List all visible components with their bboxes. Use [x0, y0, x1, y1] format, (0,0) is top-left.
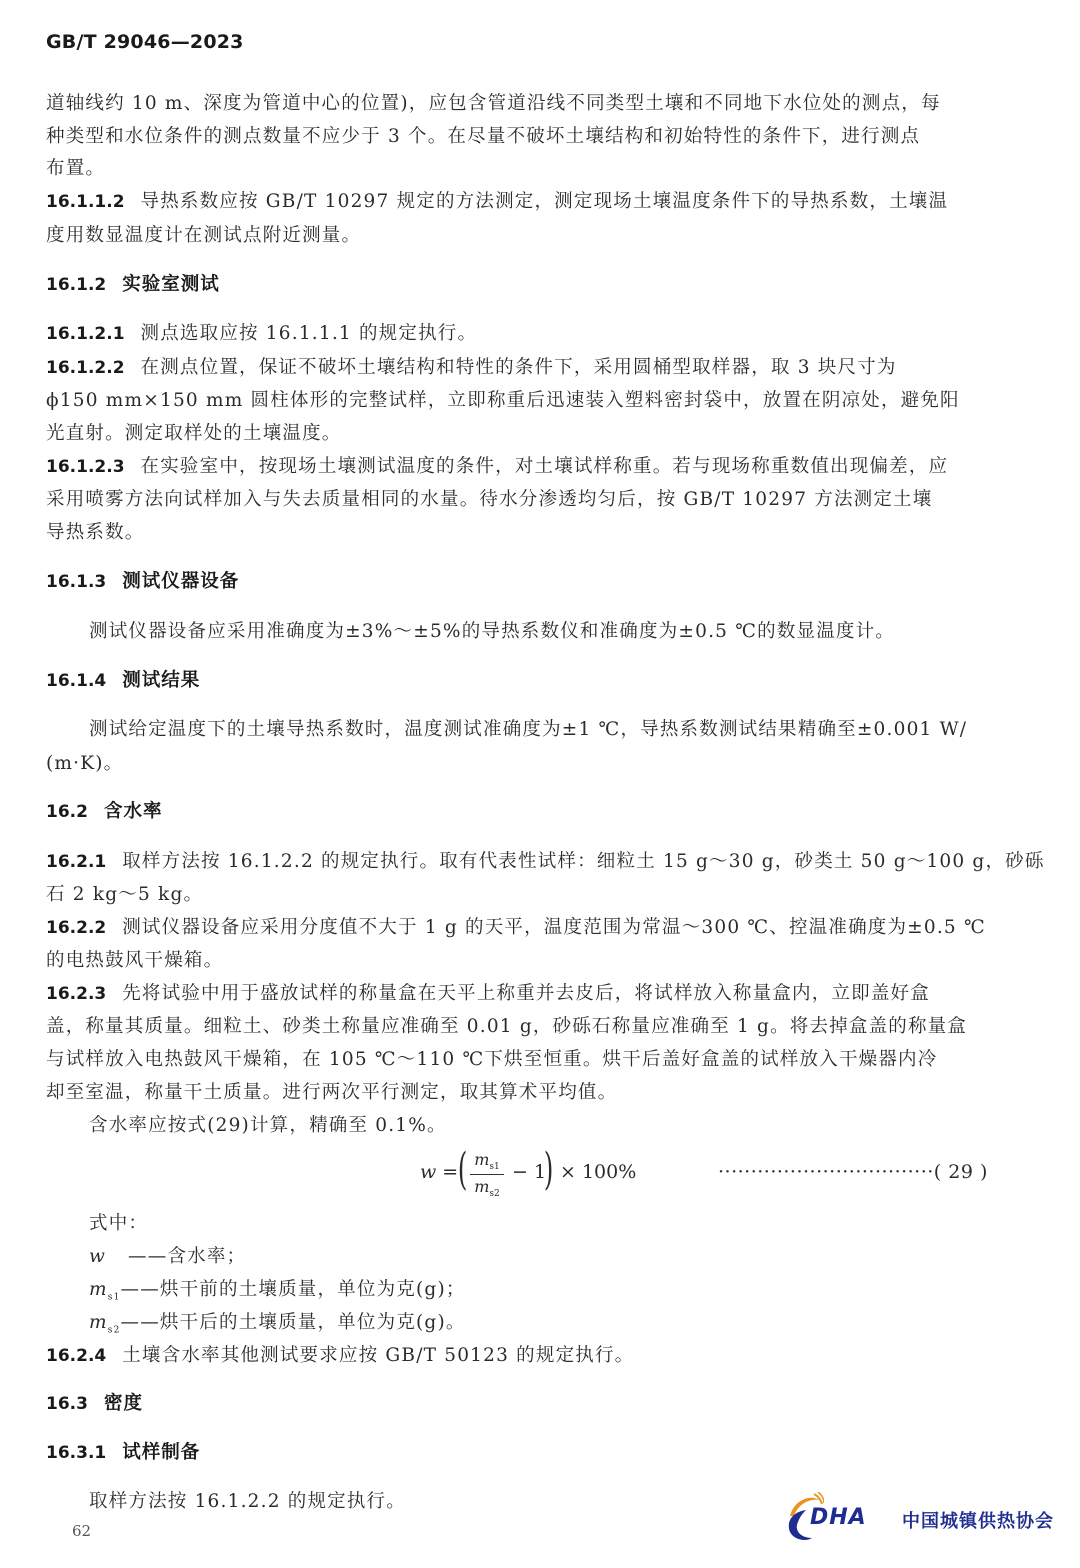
clause-number: 16.2.2 — [46, 918, 106, 938]
heading-number: 16.1.2 — [46, 275, 106, 295]
text-line: 的电热鼓风干燥箱。 — [46, 949, 1036, 973]
formula-lhs: w = — [420, 1161, 458, 1183]
heading-title: 测试结果 — [122, 670, 200, 691]
heading-number: 16.1.4 — [46, 671, 106, 691]
text-line: 采用喷雾方法向试样加入与失去质量相同的水量。待水分渗透均匀后，按 GB/T 10… — [46, 488, 1036, 512]
heading-title: 试样制备 — [122, 1442, 200, 1463]
left-paren: ( — [458, 1144, 467, 1195]
text-line: ϕ150 mm×150 mm 圆柱体形的完整试样，立即称重后迅速装入塑料密封袋中… — [46, 389, 1036, 413]
text-line: (m·K)。 — [46, 752, 1036, 776]
description: ——烘干前的土壤质量，单位为克(g)； — [121, 1279, 466, 1300]
clause-16-2-2: 16.2.2测试仪器设备应采用分度值不大于 1 g 的天平，温度范围为常温～30… — [46, 916, 1036, 940]
heading-16-2: 16.2含水率 — [46, 800, 1036, 824]
heading-number: 16.1.3 — [46, 572, 106, 592]
text-line: 测试给定温度下的土壤导热系数时，温度测试准确度为±1 ℃，导热系数测试结果精确至… — [89, 718, 1079, 742]
clause-text: 取样方法按 16.1.2.2 的规定执行。取有代表性试样：细粒土 15 g～30… — [122, 851, 1044, 872]
heading-number: 16.3.1 — [46, 1443, 106, 1463]
right-paren: ) — [544, 1144, 553, 1195]
symbol-sub: s2 — [108, 1326, 121, 1336]
text-line: 含水率应按式(29)计算，精确至 0.1%。 — [89, 1114, 1079, 1138]
heading-16-1-3: 16.1.3测试仪器设备 — [46, 570, 1036, 594]
denominator-sub: s2 — [489, 1189, 499, 1199]
clause-number: 16.2.3 — [46, 984, 106, 1004]
clause-text: 在实验室中，按现场土壤测试温度的条件，对土壤试样称重。若与现场称重数值出现偏差，… — [141, 456, 949, 477]
denominator: m — [474, 1177, 489, 1196]
logo-org-name: 中国城镇供热协会 — [902, 1507, 1054, 1533]
clause-number: 16.1.2.3 — [46, 457, 125, 477]
text-line: 却至室温，称量干土质量。进行两次平行测定，取其算术平均值。 — [46, 1081, 1036, 1105]
fraction: ms1 ms2 — [470, 1150, 504, 1199]
heading-16-3: 16.3密度 — [46, 1392, 1036, 1416]
symbol: w — [89, 1246, 106, 1267]
symbol-sub: s1 — [108, 1293, 121, 1303]
clause-16-1-2-1: 16.1.2.1测点选取应按 16.1.1.1 的规定执行。 — [46, 322, 1036, 346]
formula-29: w = ( ms1 ms2 − 1 ) × 100% ·············… — [420, 1150, 1040, 1200]
heading-16-3-1: 16.3.1试样制备 — [46, 1441, 1036, 1465]
clause-16-1-2-2: 16.1.2.2在测点位置，保证不破坏土壤结构和特性的条件下，采用圆桶型取样器，… — [46, 356, 1036, 380]
heading-16-1-4: 16.1.4测试结果 — [46, 669, 1036, 693]
clause-16-1-2-3: 16.1.2.3在实验室中，按现场土壤测试温度的条件，对土壤试样称重。若与现场称… — [46, 455, 1036, 479]
where-item: ms1——烘干前的土壤质量，单位为克(g)； — [89, 1278, 1079, 1310]
numerator: m — [474, 1150, 489, 1169]
numerator-sub: s1 — [489, 1162, 499, 1172]
document-page: GB/T 29046—2023 道轴线约 10 m、深度为管道中心的位置)，应包… — [0, 0, 1080, 1568]
clause-number: 16.2.1 — [46, 852, 106, 872]
heading-number: 16.2 — [46, 802, 88, 822]
logo-abbr: DHA — [810, 1505, 867, 1530]
clause-number: 16.1.2.2 — [46, 358, 125, 378]
symbol: m — [89, 1312, 108, 1333]
clause-16-2-1: 16.2.1取样方法按 16.1.2.2 的规定执行。取有代表性试样：细粒土 1… — [46, 850, 1036, 874]
text-line: 布置。 — [46, 157, 1036, 181]
text-line: 道轴线约 10 m、深度为管道中心的位置)，应包含管道沿线不同类型土壤和不同地下… — [46, 92, 1036, 116]
description: ——烘干后的土壤质量，单位为克(g)。 — [121, 1312, 466, 1333]
clause-16-2-3: 16.2.3先将试验中用于盛放试样的称量盒在天平上称重并去皮后，将试样放入称量盒… — [46, 982, 1036, 1006]
clause-text: 导热系数应按 GB/T 10297 规定的方法测定，测定现场土壤温度条件下的导热… — [141, 191, 949, 212]
clause-number: 16.1.1.2 — [46, 192, 125, 212]
clause-text: 测试仪器设备应采用分度值不大于 1 g 的天平，温度范围为常温～300 ℃、控温… — [122, 917, 986, 938]
clause-16-1-1-2: 16.1.1.2导热系数应按 GB/T 10297 规定的方法测定，测定现场土壤… — [46, 190, 1036, 214]
text-line: 盖，称量其质量。细粒土、砂类土称量应准确至 0.01 g，砂砾石称量应准确至 1… — [46, 1015, 1036, 1039]
where-item: ms2——烘干后的土壤质量，单位为克(g)。 — [89, 1311, 1079, 1343]
description: ——含水率； — [128, 1246, 246, 1267]
text-line: 导热系数。 — [46, 521, 1036, 545]
clause-16-2-4: 16.2.4土壤含水率其他测试要求应按 GB/T 50123 的规定执行。 — [46, 1344, 1036, 1368]
clause-number: 16.1.2.1 — [46, 324, 125, 344]
text-line: 式中： — [89, 1212, 1079, 1236]
where-item: w——含水率； — [89, 1245, 1079, 1269]
heading-16-1-2: 16.1.2实验室测试 — [46, 273, 1036, 297]
page-number: 62 — [72, 1522, 91, 1540]
heading-title: 实验室测试 — [122, 274, 220, 295]
formula-times: × 100% — [560, 1161, 636, 1183]
standard-header: GB/T 29046—2023 — [46, 31, 244, 53]
equation-number: ·································( 29 ) — [718, 1161, 988, 1183]
heading-title: 含水率 — [104, 801, 163, 822]
text-line: 度用数显温度计在测试点附近测量。 — [46, 224, 1036, 248]
text-line: 种类型和水位条件的测点数量不应少于 3 个。在尽量不破坏土壤结构和初始特性的条件… — [46, 125, 1036, 149]
symbol: m — [89, 1279, 108, 1300]
text-line: 与试样放入电热鼓风干燥箱，在 105 ℃～110 ℃下烘至恒重。烘干后盖好盒盖的… — [46, 1048, 1036, 1072]
heading-title: 测试仪器设备 — [122, 571, 239, 592]
text-line: 光直射。测定取样处的土壤温度。 — [46, 422, 1036, 446]
clause-text: 测点选取应按 16.1.1.1 的规定执行。 — [141, 323, 478, 344]
formula-minus-one: − 1 — [512, 1161, 546, 1183]
clause-text: 先将试验中用于盛放试样的称量盒在天平上称重并去皮后，将试样放入称量盒内，立即盖好… — [122, 983, 930, 1004]
dha-logo: DHA 中国城镇供热协会 — [784, 1492, 1064, 1542]
text-line: 测试仪器设备应采用准确度为±3%～±5%的导热系数仪和准确度为±0.5 ℃的数显… — [89, 620, 1079, 644]
heading-number: 16.3 — [46, 1394, 88, 1414]
clause-number: 16.2.4 — [46, 1346, 106, 1366]
clause-text: 在测点位置，保证不破坏土壤结构和特性的条件下，采用圆桶型取样器，取 3 块尺寸为 — [141, 357, 897, 378]
text-line: 石 2 kg～5 kg。 — [46, 883, 1036, 907]
heading-title: 密度 — [104, 1393, 143, 1414]
clause-text: 土壤含水率其他测试要求应按 GB/T 50123 的规定执行。 — [122, 1345, 634, 1366]
